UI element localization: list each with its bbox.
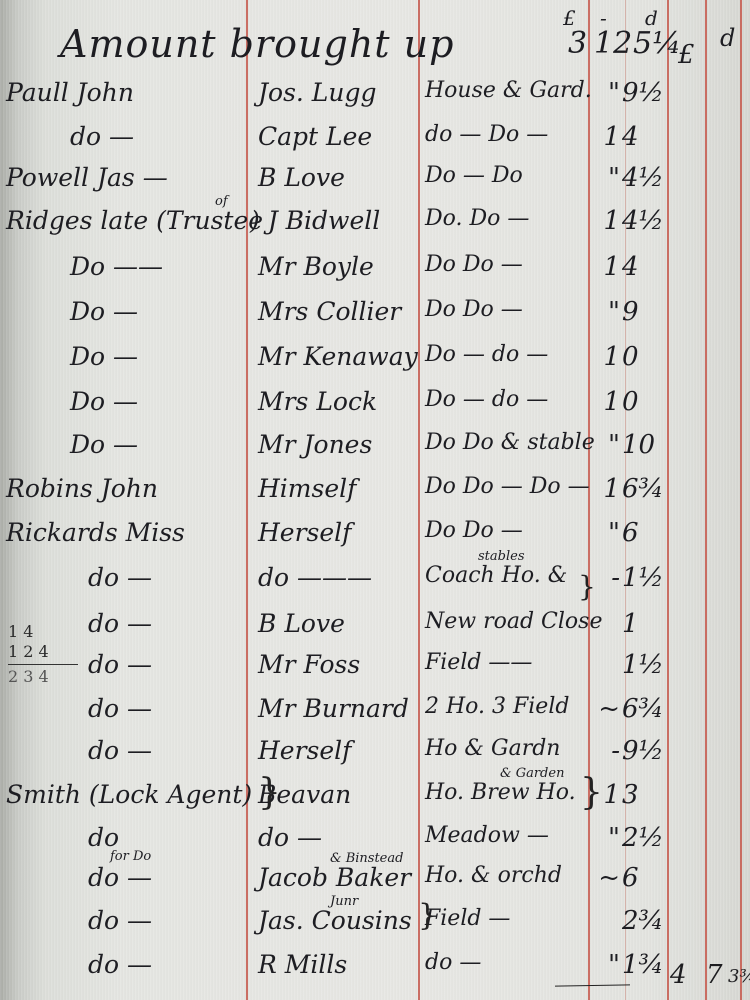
- tenant-name: Mr Kenaway: [258, 342, 418, 371]
- property-description: Field ——: [425, 650, 532, 675]
- amount-shillings: ": [590, 163, 620, 193]
- description-note: & Garden: [500, 766, 564, 781]
- ledger-row: do —R Millsdo —"1¾: [0, 950, 750, 994]
- header-pounds: 3: [568, 26, 587, 61]
- owner-name: Do —: [70, 342, 138, 371]
- property-description: Do — do —: [425, 387, 548, 412]
- property-description: Do Do —: [425, 297, 523, 322]
- owner-name: do —: [88, 863, 152, 892]
- amount-pence: 2¾: [622, 906, 664, 936]
- amount-shillings: ~: [590, 694, 620, 724]
- amount-shillings: ": [590, 297, 620, 327]
- property-description: Do. Do —: [425, 206, 529, 231]
- header-shillings: 12: [594, 26, 632, 61]
- amount-shillings: ~: [590, 863, 620, 893]
- tenant-name: Mrs Lock: [258, 387, 377, 416]
- margin-calc-line-2: 1 2 4: [8, 642, 78, 662]
- property-description: Do Do — Do —: [425, 474, 590, 499]
- owner-name: do: [88, 823, 119, 852]
- ledger-row: Do —Mrs CollierDo Do —"9: [0, 297, 750, 341]
- ledger-row: Do —Mr KenawayDo — do —10: [0, 342, 750, 386]
- ledger-row: Smith (Lock Agent)BeavanHo. Brew Ho.13& …: [0, 780, 750, 824]
- property-description: 2 Ho. 3 Field: [425, 694, 569, 719]
- ledger-row: do —Mr Burnard2 Ho. 3 Field~6¾: [0, 694, 750, 738]
- ledger-row: do —B LoveNew road Close1: [0, 609, 750, 653]
- property-description: do —: [425, 950, 481, 975]
- owner-name: Do —: [70, 430, 138, 459]
- property-description: Do Do & stable: [425, 430, 595, 455]
- owner-name: do —: [88, 736, 152, 765]
- amount-pence: 6¾: [622, 474, 664, 504]
- property-description: Coach Ho. &: [425, 563, 567, 588]
- amount-pence: 1½: [622, 650, 664, 680]
- owner-name: Do —: [70, 387, 138, 416]
- owner-name: do —: [70, 122, 134, 151]
- tenant-name-note: Junr: [330, 894, 358, 909]
- amount-pence: 9½: [622, 736, 664, 766]
- ledger-row: Do ——Mr BoyleDo Do —14: [0, 252, 750, 296]
- owner-name: do —: [88, 650, 152, 679]
- property-description: Do — do —: [425, 342, 548, 367]
- owner-name: do —: [88, 609, 152, 638]
- tenant-name: Mrs Collier: [258, 297, 401, 326]
- property-description: Meadow —: [425, 823, 549, 848]
- amount-shillings: 1: [590, 252, 620, 282]
- amount-pence: 2½: [622, 823, 664, 853]
- owner-name: do —: [88, 694, 152, 723]
- tenant-name: B Love: [258, 163, 345, 192]
- brace-coach-house: }: [578, 570, 596, 603]
- ledger-row: Paull JohnJos. LuggHouse & Gard."9½: [0, 78, 750, 122]
- ledger-row: do —Capt Leedo — Do —14: [0, 122, 750, 166]
- total-pounds: 4: [670, 960, 687, 990]
- owner-name-note: of: [215, 194, 228, 209]
- margin-calculation: 1 4 1 2 4 2 3 4: [8, 622, 78, 687]
- amount-shillings: ": [590, 950, 620, 980]
- owner-name: do —: [88, 950, 152, 979]
- owner-name: do —: [88, 906, 152, 935]
- ledger-row: do —do ———Coach Ho. &-1½stables: [0, 563, 750, 607]
- tenant-name: R Mills: [258, 950, 347, 979]
- amount-pence: 1: [622, 609, 639, 639]
- amount-shillings: ": [590, 823, 620, 853]
- right-pence-label: d: [720, 24, 735, 52]
- amount-pence: 6: [622, 518, 639, 548]
- total-pence: 3¾: [728, 966, 750, 987]
- amount-pence: 0: [622, 342, 639, 372]
- amount-shillings: ": [590, 78, 620, 108]
- amount-shillings: -: [590, 736, 620, 766]
- tenant-name: Herself: [258, 518, 351, 547]
- tenant-name: Capt Lee: [258, 122, 372, 151]
- brace-brew-house: }: [580, 772, 603, 813]
- amount-pence: 9½: [622, 78, 664, 108]
- property-description: Ho & Gardn: [425, 736, 560, 761]
- amount-shillings: 1: [590, 206, 620, 236]
- owner-name: do —: [88, 563, 152, 592]
- tenant-name: ) J Bidwell: [250, 206, 380, 235]
- amount-shillings: 1: [590, 342, 620, 372]
- property-description: Field —: [425, 906, 510, 931]
- tenant-name: do ———: [258, 563, 372, 592]
- property-description: do — Do —: [425, 122, 548, 147]
- amount-shillings: ": [590, 518, 620, 548]
- ledger-row: Robins JohnHimselfDo Do — Do —16¾: [0, 474, 750, 518]
- amount-pence: 6¾: [622, 694, 664, 724]
- amount-shillings: 1: [590, 474, 620, 504]
- amount-pence: 1½: [622, 563, 664, 593]
- property-description: Do — Do: [425, 163, 523, 188]
- tenant-name: B Love: [258, 609, 345, 638]
- amount-shillings: 1: [590, 122, 620, 152]
- description-note: stables: [478, 549, 525, 564]
- brace-smith-agent: }: [258, 772, 281, 813]
- amount-pence: 0: [622, 387, 639, 417]
- tenant-name: Mr Foss: [258, 650, 360, 679]
- ledger-row: Do —Mrs LockDo — do —10: [0, 387, 750, 431]
- owner-name: Rickards Miss: [6, 518, 185, 547]
- amount-pence: 3: [622, 780, 639, 810]
- property-description: Ho. Brew Ho.: [425, 780, 576, 805]
- tenant-name: Mr Boyle: [258, 252, 374, 281]
- margin-calc-line-3: 2 3 4: [8, 667, 78, 687]
- owner-name-note: for Do: [110, 849, 151, 864]
- amount-shillings: ": [590, 430, 620, 460]
- tenant-name: Himself: [258, 474, 356, 503]
- tenant-name: Mr Burnard: [258, 694, 409, 723]
- ledger-row: Rickards MissHerselfDo Do —"6: [0, 518, 750, 562]
- ledger-row: do —HerselfHo & Gardn-9½: [0, 736, 750, 780]
- property-description: Ho. & orchd: [425, 863, 562, 888]
- tenant-name-note: & Binstead: [330, 851, 403, 866]
- owner-name: Robins John: [6, 474, 158, 503]
- right-pound-label: £: [678, 40, 695, 70]
- owner-name: Ridges late (Trustee: [6, 206, 263, 235]
- owner-name: Do ——: [70, 252, 163, 281]
- ledger-row: do —Mr FossField ——1½: [0, 650, 750, 694]
- amount-pence: 4½: [622, 206, 664, 236]
- tenant-name: Jacob Baker: [258, 863, 411, 892]
- property-description: Do Do —: [425, 518, 523, 543]
- amount-pence: 1¾: [622, 950, 664, 980]
- amount-pence: 4: [622, 252, 639, 282]
- ledger-row: Powell Jas —B LoveDo — Do"4½: [0, 163, 750, 207]
- amount-pence: 9: [622, 297, 639, 327]
- amount-pence: 6: [622, 863, 639, 893]
- ledger-row: do —Jas. CousinsField —2¾Junr: [0, 906, 750, 950]
- header-pence: 5¼: [633, 26, 681, 61]
- brace-cousins: }: [418, 898, 437, 933]
- tenant-name: Jas. Cousins: [258, 906, 412, 935]
- property-description: House & Gard.: [425, 78, 592, 103]
- amount-pence: 4: [622, 122, 639, 152]
- margin-calc-line-1: 1 4: [8, 622, 78, 642]
- property-description: Do Do —: [425, 252, 523, 277]
- tenant-name: Mr Jones: [258, 430, 372, 459]
- header-amount-brought-up: Amount brought up: [60, 22, 454, 66]
- ledger-row: Ridges late (Trustee) J BidwellDo. Do —1…: [0, 206, 750, 250]
- total-shillings: 7: [706, 960, 723, 990]
- amount-shillings: 1: [590, 387, 620, 417]
- amount-pence: 4½: [622, 163, 664, 193]
- owner-name: Powell Jas —: [6, 163, 168, 192]
- margin-calc-bar: [8, 664, 78, 665]
- property-description: New road Close: [425, 609, 602, 634]
- amount-pence: 10: [622, 430, 655, 460]
- tenant-name: Herself: [258, 736, 351, 765]
- tenant-name: do —: [258, 823, 322, 852]
- ledger-row: do —Jacob BakerHo. & orchd~6& Binstead: [0, 863, 750, 907]
- owner-name: Smith (Lock Agent): [6, 780, 252, 809]
- owner-name: Do —: [70, 297, 138, 326]
- tenant-name: Jos. Lugg: [258, 78, 377, 107]
- ledger-row: Do —Mr JonesDo Do & stable"10: [0, 430, 750, 474]
- owner-name: Paull John: [6, 78, 134, 107]
